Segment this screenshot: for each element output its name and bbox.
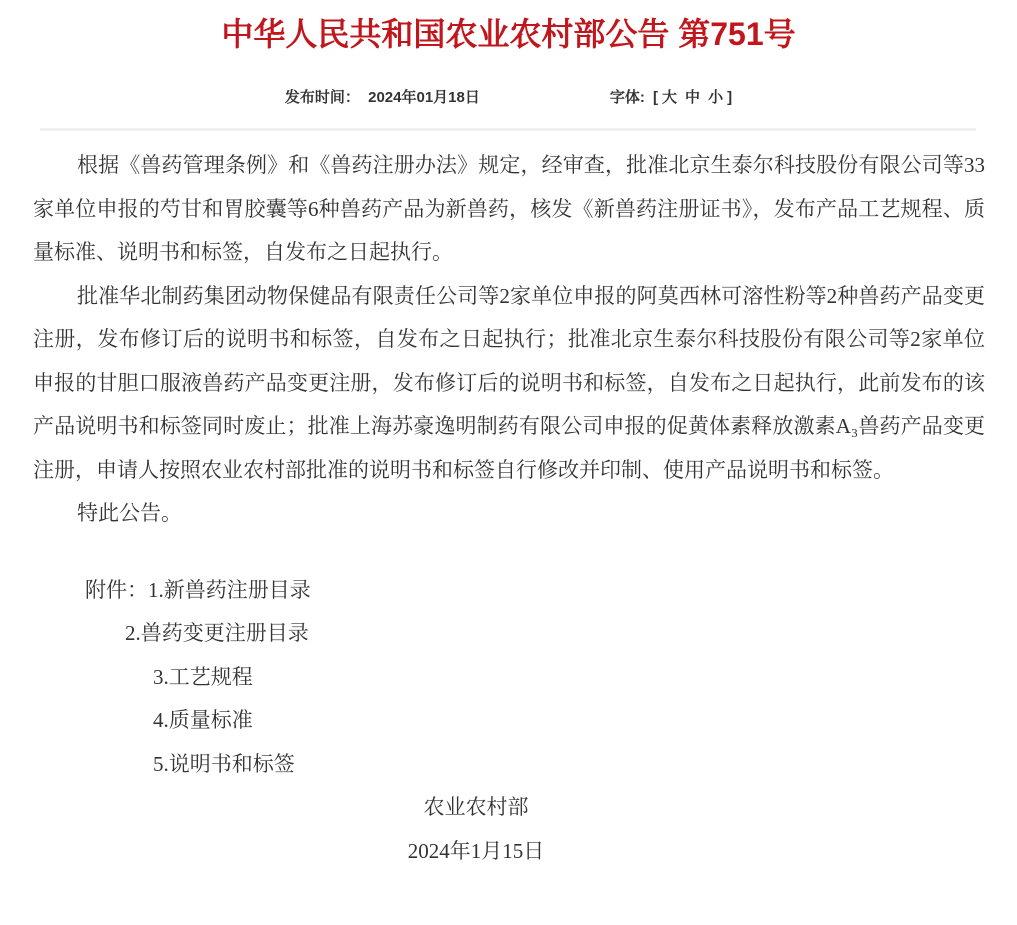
signature-agency: 农业农村部 [33,786,919,830]
announcement-page: 中华人民共和国农业农村部公告 第751号 发布时间： 2024年01月18日 字… [0,0,1017,925]
paragraph-registration-changes: 批准华北制药集团动物保健品有限责任公司等2家单位申报的阿莫西林可溶性粉等2种兽药… [33,275,985,493]
attachment-item-1: 1.新兽药注册目录 [148,578,311,602]
attachment-item-4: 4.质量标准 [33,699,985,743]
attachment-list: 附件：1.新兽药注册目录 2.兽药变更注册目录 3.工艺规程 4.质量标准 5.… [33,569,985,787]
font-size-bracket-close: ] [727,89,732,106]
publish-time: 发布时间： 2024年01月18日 [285,86,480,107]
meta-bar: 发布时间： 2024年01月18日 字体: [大中小] [0,86,1017,107]
attachment-item-3: 3.工艺规程 [33,656,985,700]
attachment-item-2: 2.兽药变更注册目录 [33,612,985,656]
font-size-large-link[interactable]: 大 [662,89,677,106]
signature-date: 2024年1月15日 [33,830,919,874]
font-size-small-link[interactable]: 小 [708,89,723,106]
attachment-line-1: 附件：1.新兽药注册目录 [33,569,985,613]
paragraph-new-drug-approval: 根据《兽药管理条例》和《兽药注册办法》规定，经审查，批准北京生泰尔科技股份有限公… [33,144,985,275]
font-size-bracket-open: [ [653,89,658,106]
font-size-medium-link[interactable]: 中 [685,89,700,106]
font-size-label: 字体: [610,89,645,106]
paragraph-closing: 特此公告。 [33,492,985,536]
announcement-title: 中华人民共和国农业农村部公告 第751号 [0,14,1017,54]
announcement-body: 根据《兽药管理条例》和《兽药注册办法》规定，经审查，批准北京生泰尔科技股份有限公… [0,131,1017,873]
attachment-label: 附件： [85,578,148,602]
publish-time-label: 发布时间： [285,89,360,106]
signature-block: 农业农村部 2024年1月15日 [33,786,985,873]
publish-time-value: 2024年01月18日 [368,89,480,106]
font-size-widget: 字体: [大中小] [610,86,732,107]
attachment-item-5: 5.说明书和标签 [33,743,985,787]
